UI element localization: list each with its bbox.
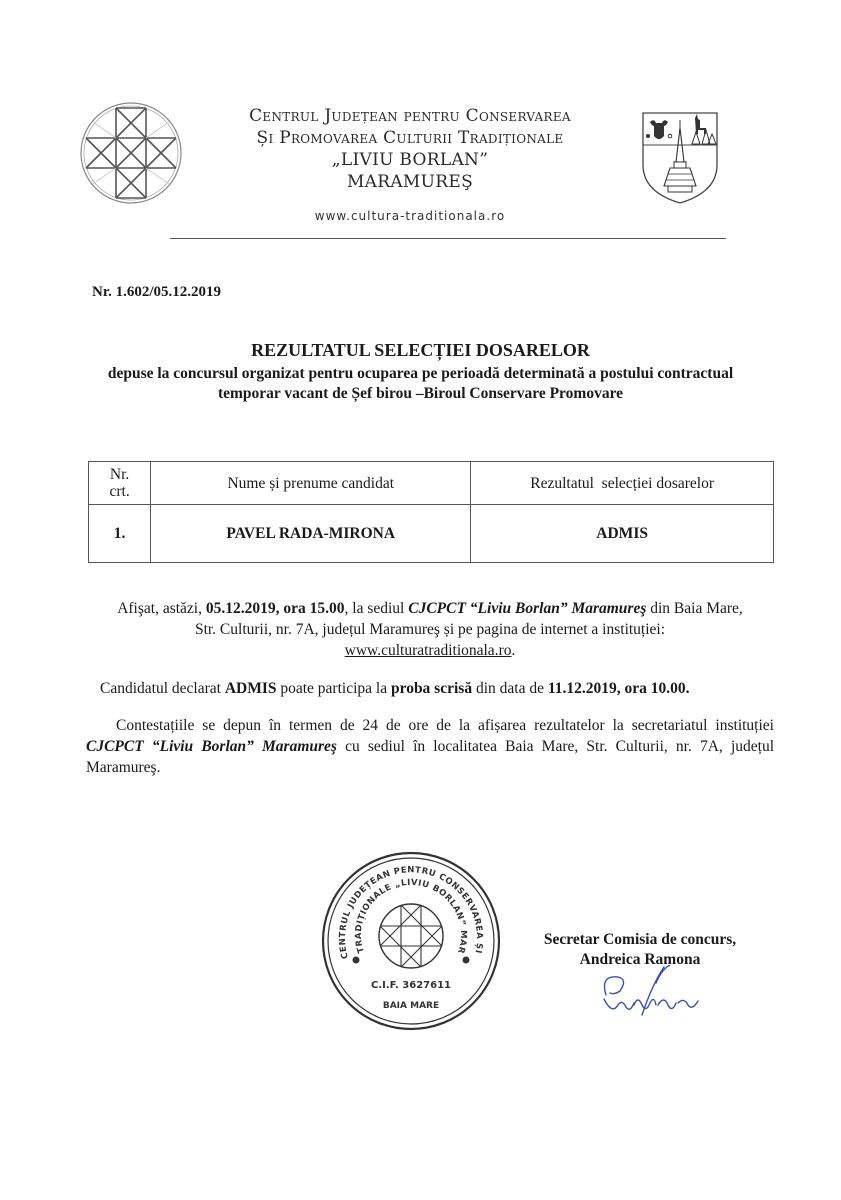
institution-name-line2: Și Promovarea Culturii Tradiționale (190, 128, 630, 148)
institution-name-line1: Centrul Județean pentru Conservarea (190, 106, 630, 126)
subtitle-line2: temporar vacant de Șef birou –Biroul Con… (0, 384, 841, 404)
handwritten-signature-icon (598, 965, 708, 1025)
institution-website[interactable]: www.cultura-traditionala.ro (190, 209, 630, 223)
svg-text:C.I.F. 3627611: C.I.F. 3627611 (371, 980, 451, 991)
table-header-row: Nr. crt. Nume și prenume candidat Rezult… (89, 462, 774, 505)
document-subtitle: depuse la concursul organizat pentru ocu… (0, 364, 841, 404)
exam-datetime: 11.12.2019, ora 10.00. (548, 680, 690, 697)
signatory-role: Secretar Comisia de concurs, (520, 930, 760, 950)
document-title: REZULTATUL SELECȚIEI DOSARELOR (0, 340, 841, 361)
institution-website-link[interactable]: www.culturatraditionala.ro (345, 642, 512, 659)
maramures-coat-of-arms-icon (640, 110, 720, 206)
results-table: Nr. crt. Nume și prenume candidat Rezult… (88, 461, 774, 563)
admitted-text: din data de (472, 680, 548, 697)
table-row: 1. PAVEL RADA-MIRONA ADMIS (89, 505, 774, 563)
posted-notice: Afişat, astăzi, 05.12.2019, ora 15.00, l… (80, 598, 780, 661)
posted-datetime: 05.12.2019, ora 15.00 (206, 600, 345, 617)
institution-name-line3: „LIVIU BORLAN” (190, 150, 630, 170)
header-nr: Nr. crt. (89, 462, 151, 505)
admitted-notice: Candidatul declarat ADMIS poate particip… (100, 678, 690, 699)
svg-text:BAIA MARE: BAIA MARE (383, 1001, 439, 1011)
institution-county: MARAMUREŞ (190, 172, 630, 192)
subtitle-line1: depuse la concursul organizat pentru ocu… (0, 364, 841, 384)
cell-nr: 1. (89, 505, 151, 563)
posted-text: Afişat, astăzi, (117, 600, 206, 617)
header-candidate-name: Nume și prenume candidat (151, 462, 471, 505)
institution-abbrev: CJCPCT “Liviu Borlan” Maramureş (408, 600, 646, 617)
official-stamp-icon: CENTRUL JUDEȚEAN PENTRU CONSERVAREA ȘI P… (318, 848, 504, 1034)
posted-text: , la sediul (345, 600, 409, 617)
appeals-text: Contestațiile se depun în termen de 24 d… (116, 717, 774, 734)
star-grid-logo-icon (78, 100, 184, 206)
institution-abbrev: CJCPCT “Liviu Borlan” Maramureş (86, 738, 337, 755)
admitted-status: ADMIS (225, 680, 277, 697)
cell-candidate-name: PAVEL RADA-MIRONA (151, 505, 471, 563)
admitted-text: poate participa la (276, 680, 390, 697)
posted-address: Str. Culturii, nr. 7A, județul Maramureş… (195, 621, 665, 638)
header-nr-line2: crt. (90, 483, 149, 500)
cell-result: ADMIS (471, 505, 774, 563)
registration-number: Nr. 1.602/05.12.2019 (92, 284, 221, 301)
posted-text: din Baia Mare, (646, 600, 742, 617)
admitted-text: Candidatul declarat (100, 680, 225, 697)
link-suffix: . (511, 642, 515, 659)
signatory-block: Secretar Comisia de concurs, Andreica Ra… (520, 930, 760, 970)
header-selection-result: Rezultatul selecției dosarelor (471, 462, 774, 505)
appeals-notice: Contestațiile se depun în termen de 24 d… (86, 715, 774, 778)
header-divider (170, 238, 726, 239)
header-nr-line1: Nr. (90, 466, 149, 483)
exam-type: proba scrisă (391, 680, 472, 697)
